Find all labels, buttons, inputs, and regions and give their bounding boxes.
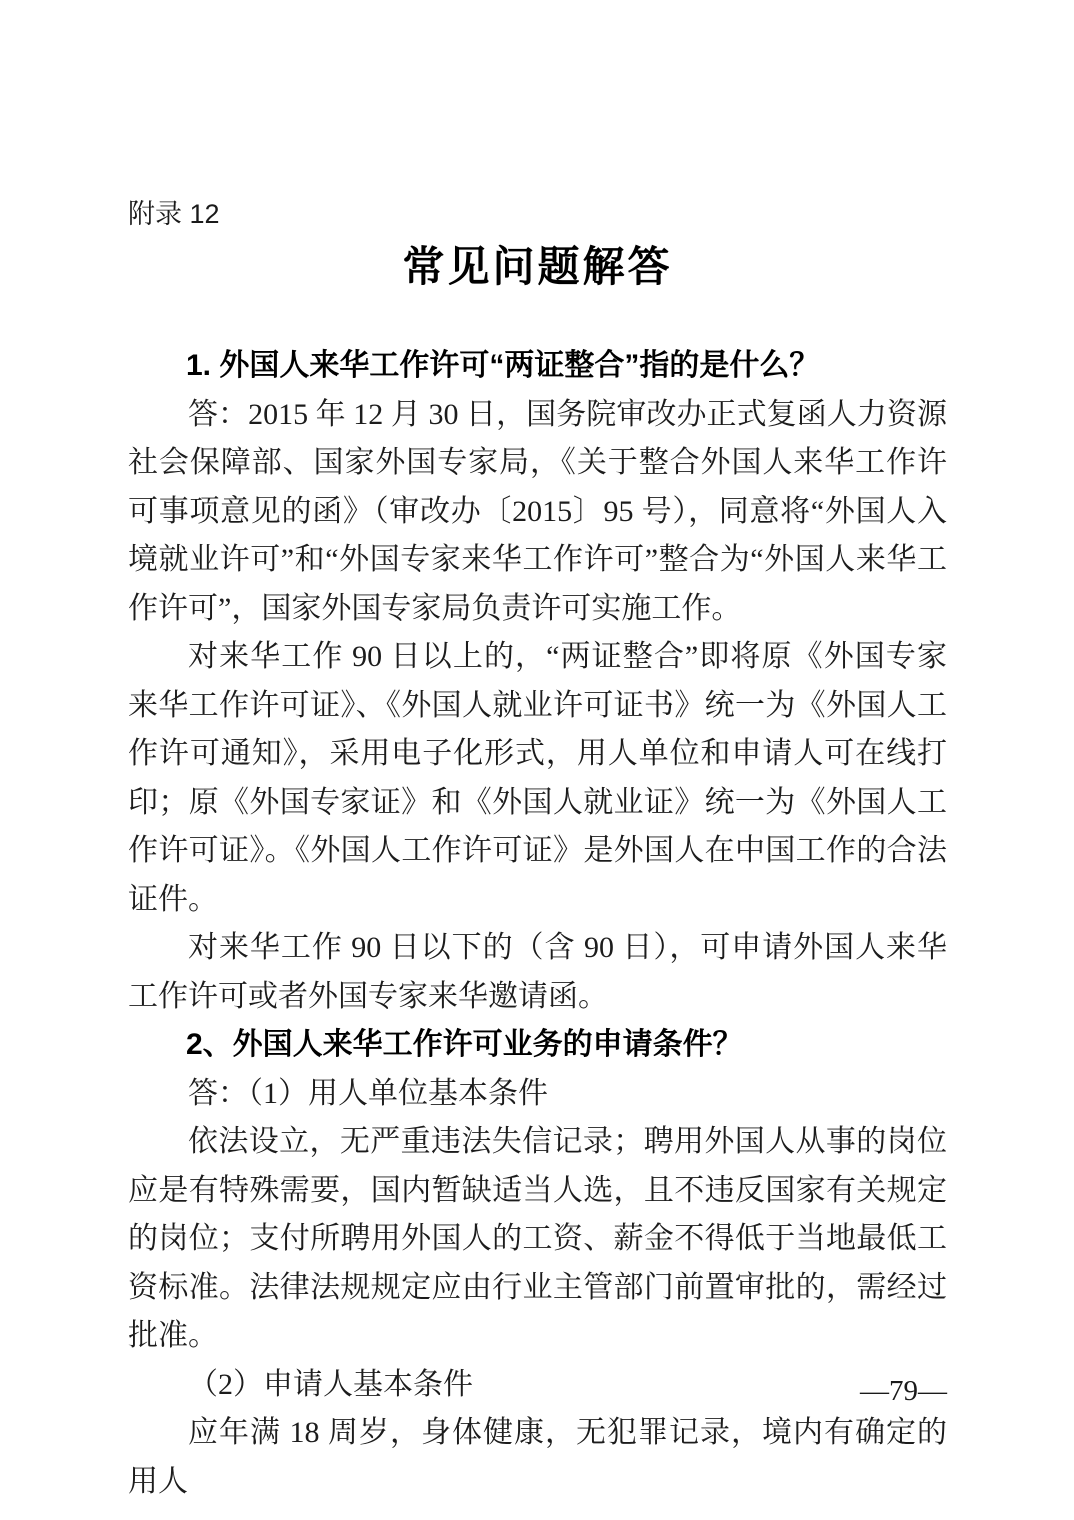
document-body: 1. 外国人来华工作许可“两证整合”指的是什么？ 答：2015 年 12 月 3… [128,342,947,1506]
answer-2-paragraph-1: 答：（1）用人单位基本条件 [128,1070,947,1119]
answer-1-paragraph-3: 对来华工作 90 日以下的（含 90 日），可申请外国人来华工作许可或者外国专家… [128,924,947,1021]
page-number: —79— [860,1374,947,1408]
page-title: 常见问题解答 [128,240,947,294]
appendix-label: 附录 12 [128,196,947,232]
answer-1-paragraph-1: 答：2015 年 12 月 30 日，国务院审改办正式复函人力资源社会保障部、国… [128,391,947,634]
question-2-heading: 2、外国人来华工作许可业务的申请条件？ [128,1021,947,1070]
document-page: 附录 12 常见问题解答 1. 外国人来华工作许可“两证整合”指的是什么？ 答：… [0,0,1074,1520]
answer-1-paragraph-2: 对来华工作 90 日以上的，“两证整合”即将原《外国专家来华工作许可证》、《外国… [128,633,947,924]
answer-2-paragraph-4: 应年满 18 周岁，身体健康，无犯罪记录，境内有确定的用人 [128,1409,947,1506]
answer-2-paragraph-3: （2）申请人基本条件 [128,1361,947,1410]
question-1-heading: 1. 外国人来华工作许可“两证整合”指的是什么？ [128,342,947,391]
answer-2-paragraph-2: 依法设立，无严重违法失信记录；聘用外国人从事的岗位应是有特殊需要，国内暂缺适当人… [128,1118,947,1361]
